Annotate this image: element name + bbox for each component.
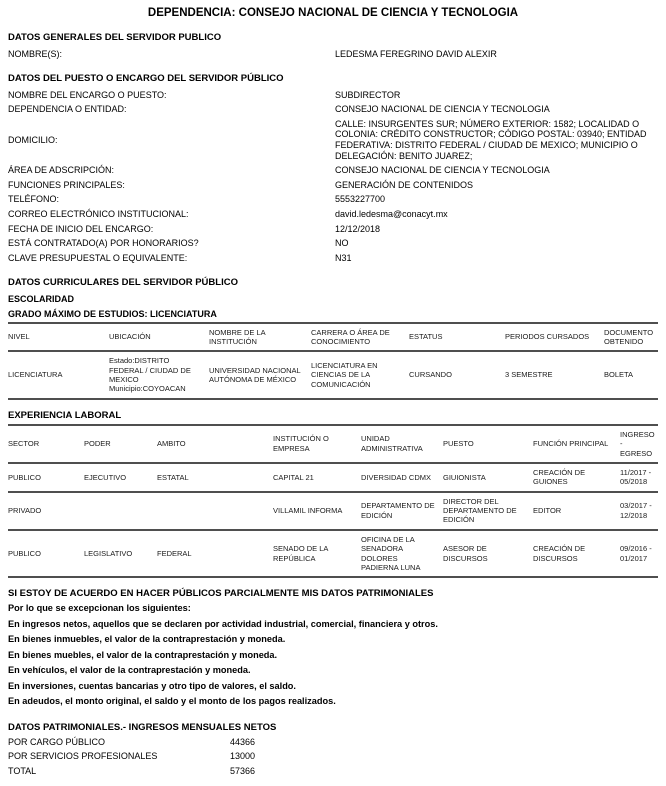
column-header: DOCUMENTO OBTENIDO — [604, 323, 658, 352]
table-cell: CAPITAL 21 — [273, 463, 361, 492]
table-cell: CREACIÓN DE GUIONES — [533, 463, 620, 492]
section-heading-datos-publicos: SI ESTOY DE ACUERDO EN HACER PÚBLICOS PA… — [8, 588, 658, 599]
field-value: NO — [335, 238, 658, 249]
table-cell: DIVERSIDAD CDMX — [361, 463, 443, 492]
section-datos-generales: DATOS GENERALES DEL SERVIDOR PUBLICO NOM… — [8, 32, 658, 60]
table-cell: EJECUTIVO — [84, 463, 157, 492]
section-heading-datos-generales: DATOS GENERALES DEL SERVIDOR PUBLICO — [8, 32, 658, 43]
field-label: DEPENDENCIA O ENTIDAD: — [8, 104, 335, 115]
field-label: ÁREA DE ADSCRIPCIÓN: — [8, 165, 335, 176]
field-row: DOMICILIO:CALLE: INSURGENTES SUR; NÚMERO… — [8, 119, 658, 161]
field-row: FECHA DE INICIO DEL ENCARGO:12/12/2018 — [8, 224, 658, 235]
field-row: NOMBRE DEL ENCARGO O PUESTO:SUBDIRECTOR — [8, 90, 658, 101]
field-row: ESTÁ CONTRATADO(A) POR HONORARIOS?NO — [8, 238, 658, 249]
column-header: PODER — [84, 425, 157, 463]
field-row: FUNCIONES PRINCIPALES:GENERACIÓN DE CONT… — [8, 180, 658, 191]
section-experiencia-laboral: EXPERIENCIA LABORAL SECTORPODERAMBITOINS… — [8, 410, 658, 579]
table-header-row: SECTORPODERAMBITOINSTITUCIÓN O EMPRESAUN… — [8, 425, 658, 463]
column-header: PERIODOS CURSADOS — [505, 323, 604, 352]
column-header: NIVEL — [8, 323, 109, 352]
table-cell: SENADO DE LA REPÚBLICA — [273, 530, 361, 578]
field-row: CORREO ELECTRÓNICO INSTITUCIONAL:david.l… — [8, 209, 658, 220]
field-value: N31 — [335, 253, 658, 264]
table-cell: PUBLICO — [8, 530, 84, 578]
field-value: 57366 — [230, 766, 658, 777]
field-label: TELÉFONO: — [8, 194, 335, 205]
section-heading-experiencia: EXPERIENCIA LABORAL — [8, 410, 658, 421]
column-header: CARRERA O ÁREA DE CONOCIMIENTO — [311, 323, 409, 352]
table-cell — [84, 492, 157, 530]
field-row: TOTAL57366 — [8, 766, 658, 777]
field-label: POR CARGO PÚBLICO — [8, 737, 230, 748]
field-value: LEDESMA FEREGRINO DAVID ALEXIR — [335, 49, 658, 60]
section-heading-datos-curriculares: DATOS CURRICULARES DEL SERVIDOR PÚBLICO — [8, 277, 658, 288]
table-cell: Estado:DISTRITO FEDERAL / CIUDAD DE MEXI… — [109, 351, 209, 399]
column-header: INSTITUCIÓN O EMPRESA — [273, 425, 361, 463]
field-label: NOMBRE DEL ENCARGO O PUESTO: — [8, 90, 335, 101]
exception-lines: Por lo que se excepcionan los siguientes… — [8, 603, 658, 707]
section-heading-datos-puesto: DATOS DEL PUESTO O ENCARGO DEL SERVIDOR … — [8, 73, 658, 84]
field-row: NOMBRE(S):LEDESMA FEREGRINO DAVID ALEXIR — [8, 49, 658, 60]
section-datos-curriculares: DATOS CURRICULARES DEL SERVIDOR PÚBLICO … — [8, 277, 658, 400]
field-label: ESTÁ CONTRATADO(A) POR HONORARIOS? — [8, 238, 335, 249]
field-row: POR CARGO PÚBLICO44366 — [8, 737, 658, 748]
field-value: david.ledesma@conacyt.mx — [335, 209, 658, 220]
table-row: PRIVADOVILLAMIL INFORMADEPARTAMENTO DE E… — [8, 492, 658, 530]
column-header: UBICACIÓN — [109, 323, 209, 352]
section-datos-patrimoniales: DATOS PATRIMONIALES.- INGRESOS MENSUALES… — [8, 722, 658, 777]
exception-line: En vehículos, el valor de la contraprest… — [8, 665, 658, 676]
table-cell: EDITOR — [533, 492, 620, 530]
subheading-escolaridad: ESCOLARIDAD — [8, 294, 658, 304]
table-cell: CURSANDO — [409, 351, 505, 399]
education-table: NIVELUBICACIÓNNOMBRE DE LA INSTITUCIÓNCA… — [8, 322, 658, 400]
field-value: CALLE: INSURGENTES SUR; NÚMERO EXTERIOR:… — [335, 119, 658, 161]
table-cell: 09/2016 - 01/2017 — [620, 530, 658, 578]
table-cell: CREACIÓN DE DISCURSOS — [533, 530, 620, 578]
field-value: 13000 — [230, 751, 658, 762]
table-cell: ASESOR DE DISCURSOS — [443, 530, 533, 578]
field-label: FECHA DE INICIO DEL ENCARGO: — [8, 224, 335, 235]
patrimoniales-fields: POR CARGO PÚBLICO44366POR SERVICIOS PROF… — [8, 737, 658, 777]
table-cell: PRIVADO — [8, 492, 84, 530]
field-label: CLAVE PRESUPUESTAL O EQUIVALENTE: — [8, 253, 335, 264]
field-value: CONSEJO NACIONAL DE CIENCIA Y TECNOLOGIA — [335, 165, 658, 176]
table-cell: DEPARTAMENTO DE EDICIÓN — [361, 492, 443, 530]
column-header: AMBITO — [157, 425, 273, 463]
column-header: SECTOR — [8, 425, 84, 463]
table-cell — [157, 492, 273, 530]
field-label: CORREO ELECTRÓNICO INSTITUCIONAL: — [8, 209, 335, 220]
general-fields: NOMBRE(S):LEDESMA FEREGRINO DAVID ALEXIR — [8, 49, 658, 60]
field-row: TELÉFONO:5553227700 — [8, 194, 658, 205]
field-row: ÁREA DE ADSCRIPCIÓN:CONSEJO NACIONAL DE … — [8, 165, 658, 176]
column-header: NOMBRE DE LA INSTITUCIÓN — [209, 323, 311, 352]
table-cell: 11/2017 - 05/2018 — [620, 463, 658, 492]
column-header: PUESTO — [443, 425, 533, 463]
table-cell: 3 SEMESTRE — [505, 351, 604, 399]
field-value: GENERACIÓN DE CONTENIDOS — [335, 180, 658, 191]
column-header: UNIDAD ADMINISTRATIVA — [361, 425, 443, 463]
field-label: FUNCIONES PRINCIPALES: — [8, 180, 335, 191]
field-value: 12/12/2018 — [335, 224, 658, 235]
document-page: DEPENDENCIA: CONSEJO NACIONAL DE CIENCIA… — [0, 0, 666, 786]
experience-table: SECTORPODERAMBITOINSTITUCIÓN O EMPRESAUN… — [8, 424, 658, 579]
field-value: 44366 — [230, 737, 658, 748]
table-cell: VILLAMIL INFORMA — [273, 492, 361, 530]
section-datos-publicos: SI ESTOY DE ACUERDO EN HACER PÚBLICOS PA… — [8, 588, 658, 707]
column-header: FUNCIÓN PRINCIPAL — [533, 425, 620, 463]
field-label: DOMICILIO: — [8, 135, 335, 146]
table-cell: DIRECTOR DEL DEPARTAMENTO DE EDICIÓN — [443, 492, 533, 530]
table-cell: LICENCIATURA EN CIENCIAS DE LA COMUNICAC… — [311, 351, 409, 399]
field-value: SUBDIRECTOR — [335, 90, 658, 101]
section-datos-puesto: DATOS DEL PUESTO O ENCARGO DEL SERVIDOR … — [8, 73, 658, 264]
field-row: POR SERVICIOS PROFESIONALES13000 — [8, 751, 658, 762]
table-cell: 03/2017 - 12/2018 — [620, 492, 658, 530]
table-cell: ESTATAL — [157, 463, 273, 492]
table-cell: FEDERAL — [157, 530, 273, 578]
subheading-grado-maximo: GRADO MÁXIMO DE ESTUDIOS: LICENCIATURA — [8, 309, 658, 319]
table-cell: UNIVERSIDAD NACIONAL AUTÓNOMA DE MÉXICO — [209, 351, 311, 399]
exception-line: En ingresos netos, aquellos que se decla… — [8, 619, 658, 630]
exception-line: En inversiones, cuentas bancarias y otro… — [8, 681, 658, 692]
section-heading-patrimoniales: DATOS PATRIMONIALES.- INGRESOS MENSUALES… — [8, 722, 658, 733]
exception-line: En adeudos, el monto original, el saldo … — [8, 696, 658, 707]
field-value: CONSEJO NACIONAL DE CIENCIA Y TECNOLOGIA — [335, 104, 658, 115]
page-title: DEPENDENCIA: CONSEJO NACIONAL DE CIENCIA… — [8, 7, 658, 19]
table-cell: PUBLICO — [8, 463, 84, 492]
field-row: CLAVE PRESUPUESTAL O EQUIVALENTE:N31 — [8, 253, 658, 264]
exception-line: Por lo que se excepcionan los siguientes… — [8, 603, 658, 614]
table-header-row: NIVELUBICACIÓNNOMBRE DE LA INSTITUCIÓNCA… — [8, 323, 658, 352]
table-cell: LICENCIATURA — [8, 351, 109, 399]
exception-line: En bienes muebles, el valor de la contra… — [8, 650, 658, 661]
puesto-fields: NOMBRE DEL ENCARGO O PUESTO:SUBDIRECTORD… — [8, 90, 658, 264]
column-header: ESTATUS — [409, 323, 505, 352]
table-row: LICENCIATURAEstado:DISTRITO FEDERAL / CI… — [8, 351, 658, 399]
field-label: NOMBRE(S): — [8, 49, 335, 60]
field-row: DEPENDENCIA O ENTIDAD:CONSEJO NACIONAL D… — [8, 104, 658, 115]
table-cell: GIUIONISTA — [443, 463, 533, 492]
field-value: 5553227700 — [335, 194, 658, 205]
field-label: POR SERVICIOS PROFESIONALES — [8, 751, 230, 762]
table-cell: BOLETA — [604, 351, 658, 399]
exception-line: En bienes inmuebles, el valor de la cont… — [8, 634, 658, 645]
field-label: TOTAL — [8, 766, 230, 777]
table-cell: LEGISLATIVO — [84, 530, 157, 578]
table-row: PUBLICOLEGISLATIVOFEDERALSENADO DE LA RE… — [8, 530, 658, 578]
column-header: INGRESO - EGRESO — [620, 425, 658, 463]
table-cell: OFICINA DE LA SENADORA DOLORES PADIERNA … — [361, 530, 443, 578]
table-row: PUBLICOEJECUTIVOESTATALCAPITAL 21DIVERSI… — [8, 463, 658, 492]
